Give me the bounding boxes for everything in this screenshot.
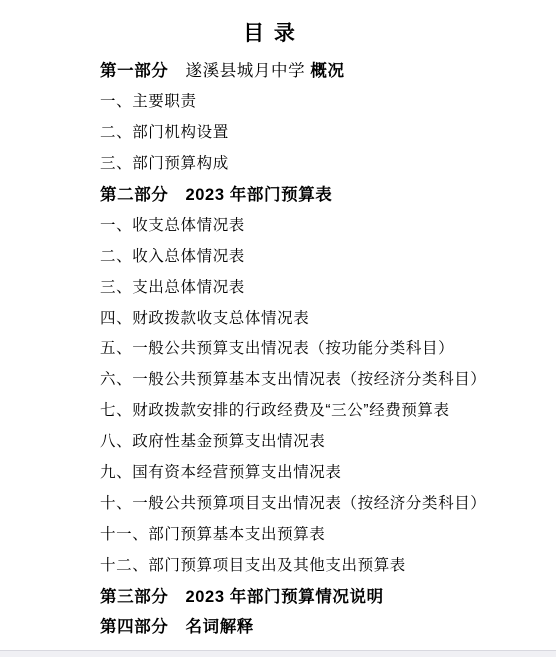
toc-heading: 第四部分 名词解释 — [100, 610, 550, 641]
toc-text-segment: 十、一般公共预算项目支出情况表（按经济分类科目） — [100, 491, 486, 513]
document-page: 目 录 第一部分 遂溪县城月中学 概况一、主要职责二、部门机构设置三、部门预算构… — [0, 0, 556, 657]
toc-item: 四、财政拨款收支总体情况表 — [100, 301, 550, 332]
toc-text-segment: 第三部分 2023 年部门预算情况说明 — [100, 583, 384, 607]
toc-item: 六、一般公共预算基本支出情况表（按经济分类科目） — [100, 363, 550, 394]
toc-text-segment: 遂溪县城月中学 — [168, 57, 310, 81]
page-title: 目 录 — [100, 21, 440, 47]
toc-text-segment: 第二部分 2023 年部门预算表 — [100, 181, 332, 205]
toc-text-segment: 二、部门机构设置 — [100, 120, 229, 142]
toc-text-segment: 三、支出总体情况表 — [100, 275, 245, 297]
toc-item: 十一、部门预算基本支出预算表 — [100, 517, 550, 548]
toc-heading: 第一部分 遂溪县城月中学 概况 — [100, 54, 550, 85]
toc-item: 十、一般公共预算项目支出情况表（按经济分类科目） — [100, 486, 550, 517]
toc-text-segment: 第四部分 名词解释 — [100, 613, 254, 637]
toc-text-segment: 三、部门预算构成 — [100, 151, 229, 173]
toc-text-segment: 十一、部门预算基本支出预算表 — [100, 522, 325, 544]
toc-item: 三、支出总体情况表 — [100, 270, 550, 301]
toc-text-segment: 十二、部门预算项目支出及其他支出预算表 — [100, 553, 406, 575]
page-edge-gap — [0, 650, 556, 657]
toc-item: 五、一般公共预算支出情况表（按功能分类科目） — [100, 332, 550, 363]
toc-text-segment: 七、财政拨款安排的行政经费及“三公”经费预算表 — [100, 398, 450, 420]
toc-text-segment: 一、主要职责 — [100, 89, 197, 111]
toc-text-segment: 八、政府性基金预算支出情况表 — [100, 429, 325, 451]
toc-text-segment: 二、收入总体情况表 — [100, 244, 245, 266]
toc-list: 第一部分 遂溪县城月中学 概况一、主要职责二、部门机构设置三、部门预算构成第二部… — [100, 54, 550, 641]
toc-item: 三、部门预算构成 — [100, 147, 550, 178]
toc-item: 二、部门机构设置 — [100, 116, 550, 147]
toc-item: 十二、部门预算项目支出及其他支出预算表 — [100, 548, 550, 579]
toc-text-segment: 第一部分 — [100, 57, 168, 81]
toc-text-segment: 概况 — [310, 57, 344, 81]
toc-text-segment: 一、收支总体情况表 — [100, 213, 245, 235]
toc-heading: 第二部分 2023 年部门预算表 — [100, 178, 550, 209]
toc-heading: 第三部分 2023 年部门预算情况说明 — [100, 579, 550, 610]
toc-item: 一、主要职责 — [100, 85, 550, 116]
toc-text-segment: 九、国有资本经营预算支出情况表 — [100, 460, 342, 482]
toc-item: 二、收入总体情况表 — [100, 239, 550, 270]
toc-item: 九、国有资本经营预算支出情况表 — [100, 456, 550, 487]
toc-text-segment: 六、一般公共预算基本支出情况表（按经济分类科目） — [100, 367, 486, 389]
toc-item: 七、财政拨款安排的行政经费及“三公”经费预算表 — [100, 394, 550, 425]
toc-text-segment: 五、一般公共预算支出情况表（按功能分类科目） — [100, 336, 454, 358]
toc-item: 八、政府性基金预算支出情况表 — [100, 425, 550, 456]
toc-text-segment: 四、财政拨款收支总体情况表 — [100, 306, 309, 328]
toc-item: 一、收支总体情况表 — [100, 208, 550, 239]
